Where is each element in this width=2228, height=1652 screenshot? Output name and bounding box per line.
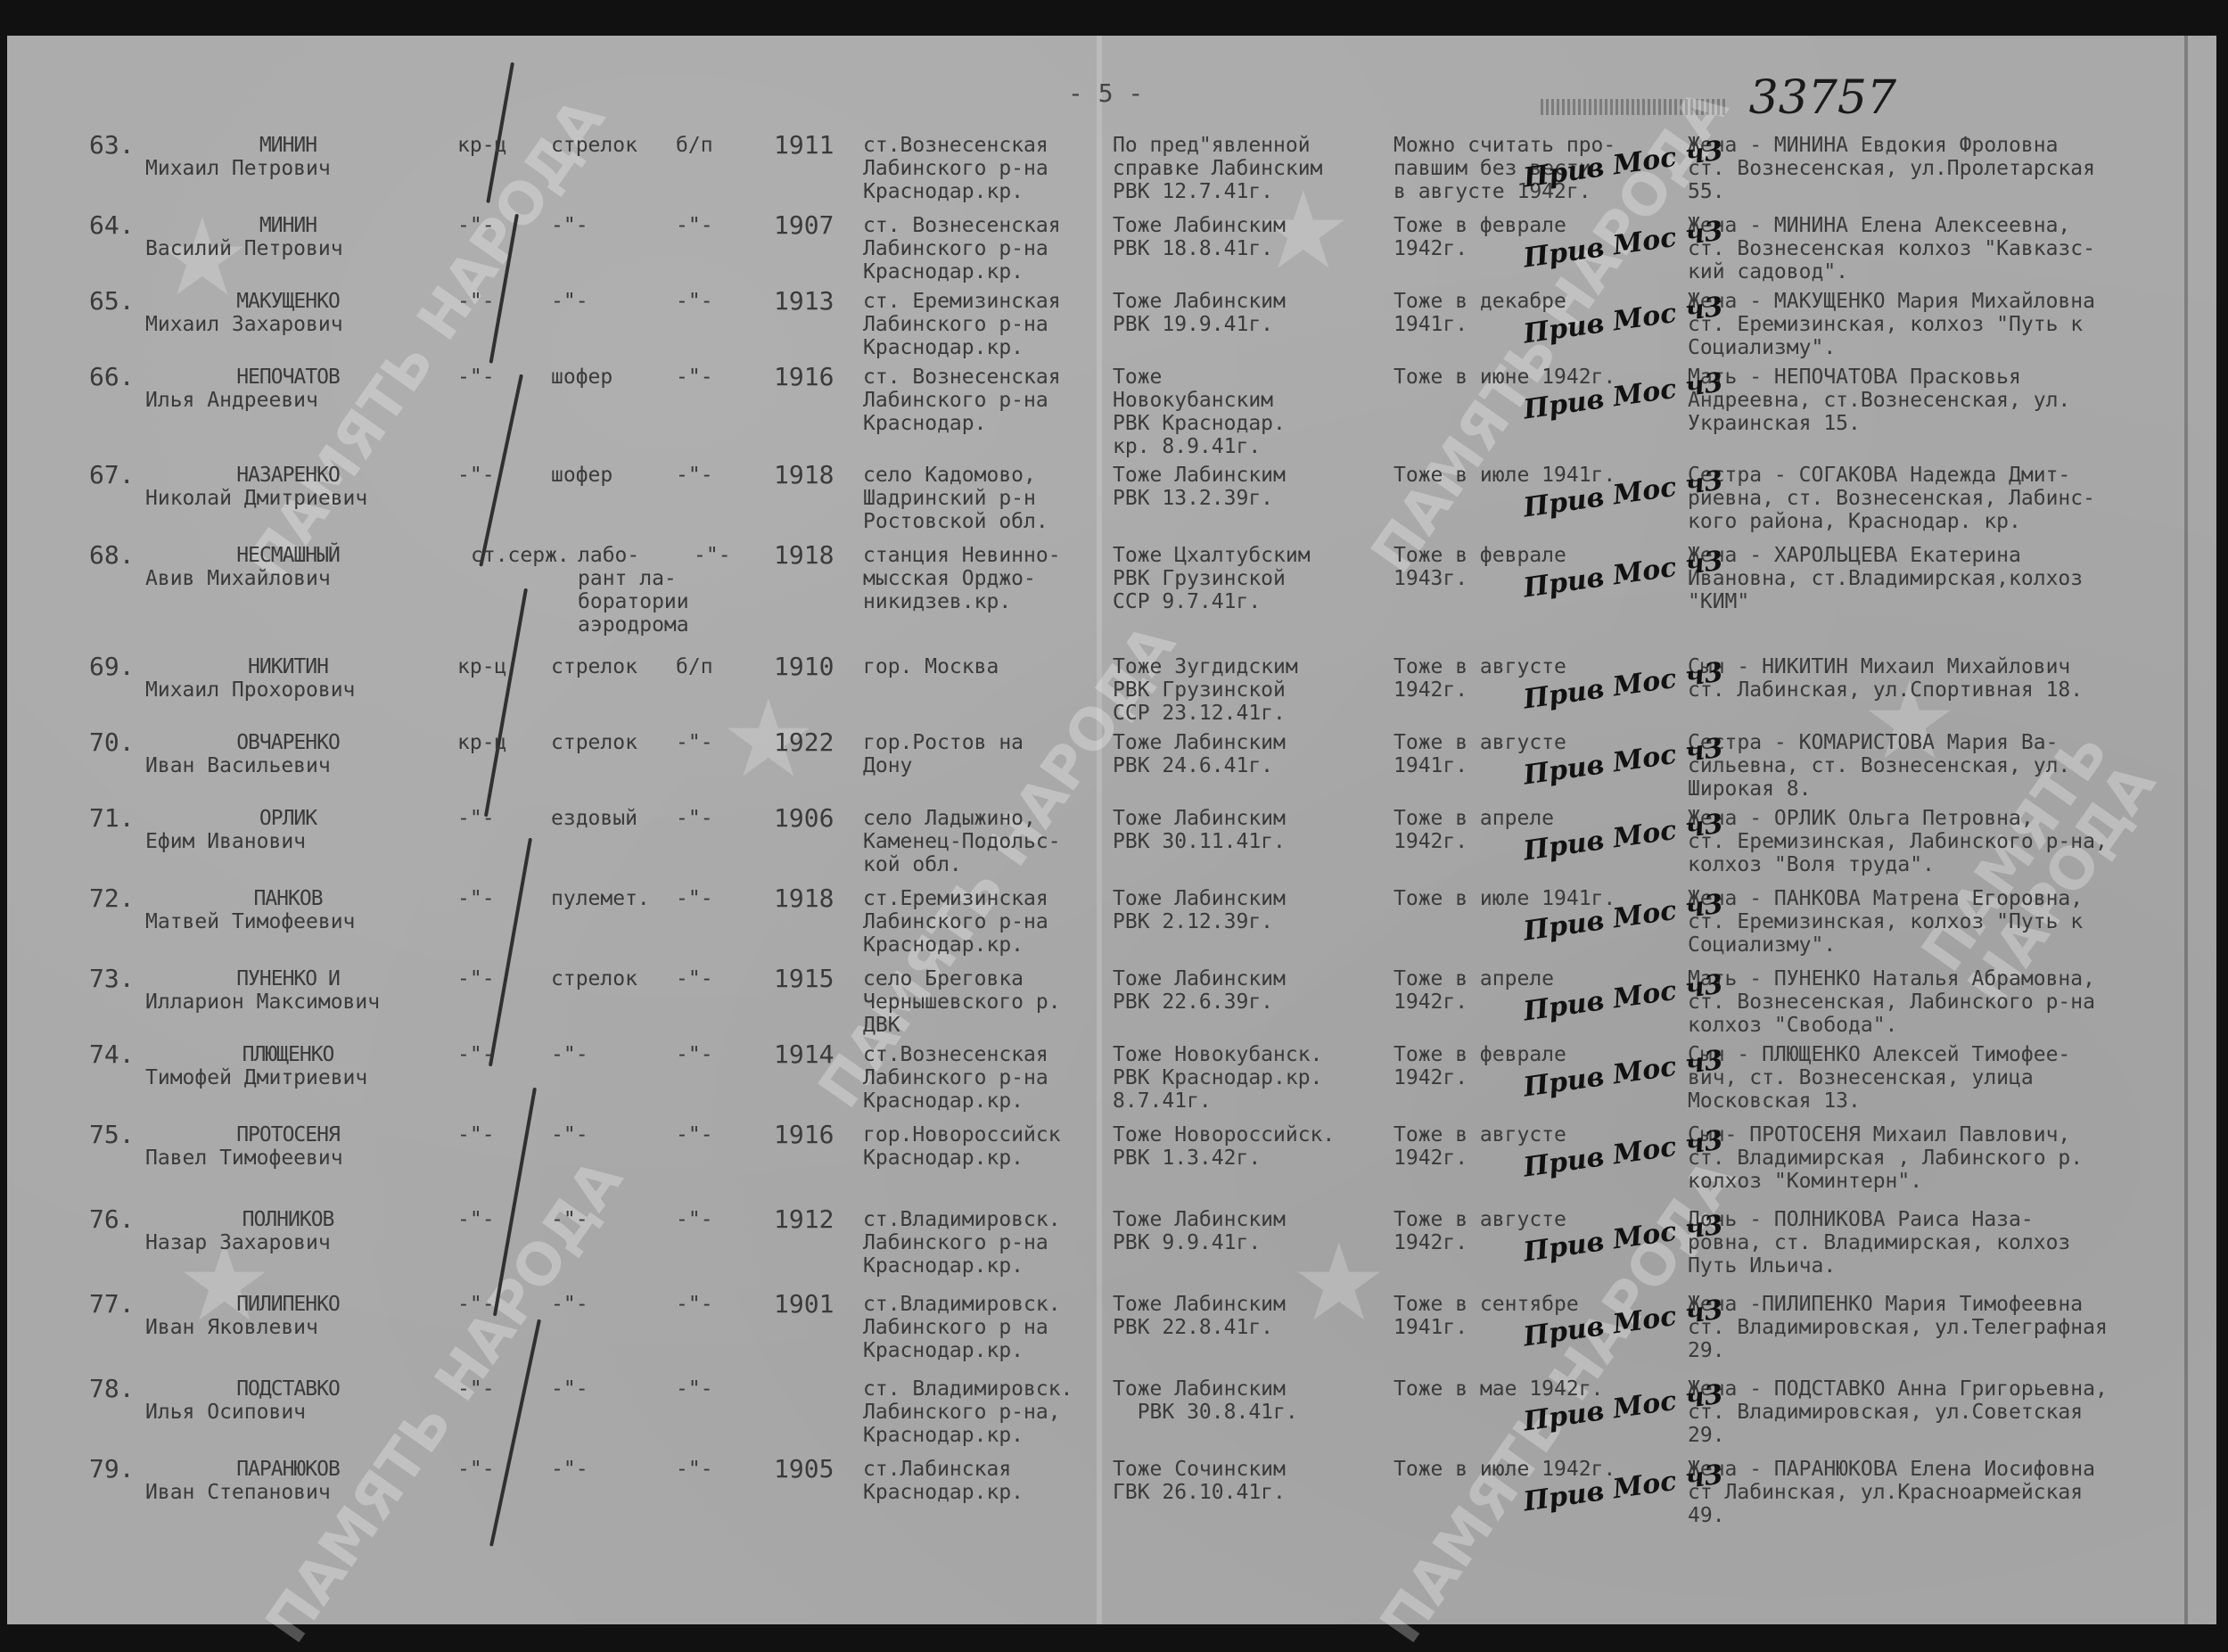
- given-name: Илья Осипович: [145, 1401, 306, 1424]
- draft-info: Тоже Новороссийск. РВК 1.3.42г.: [1113, 1123, 1335, 1170]
- draft-info: Тоже Лабинским РВК 30.8.41г.: [1113, 1377, 1298, 1424]
- given-name: Михаил Петрович: [145, 157, 331, 180]
- birthplace: ст. Владимировск. Лабинского р-на, Красн…: [863, 1377, 1073, 1447]
- birth-year: 1911: [774, 134, 834, 157]
- row-number: 75.: [89, 1123, 135, 1147]
- birthplace: село Бреговка Чернышевского р. ДВК: [863, 967, 1061, 1037]
- surname: НИКИТИН: [185, 655, 391, 678]
- birthplace: село Кадомово, Шадринский р-н Ростовской…: [863, 464, 1048, 533]
- missing-info: Тоже в мае 1942г.: [1394, 1377, 1603, 1401]
- next-of-kin: Сын- ПРОТОСЕНЯ Михаил Павлович, ст. Влад…: [1688, 1123, 2083, 1193]
- position: стрелок: [551, 731, 637, 754]
- birthplace: ст.Вознесенская Лабинского р-на Краснода…: [863, 1043, 1048, 1113]
- birth-year: 1922: [774, 731, 834, 754]
- next-of-kin: Мать - НЕПОЧАТОВА Прасковья Андреевна, с…: [1688, 366, 2070, 435]
- party: -"-: [676, 967, 713, 990]
- party: -"-: [676, 731, 713, 754]
- position: шофер: [551, 366, 612, 389]
- draft-info: Тоже Сочинским ГВК 26.10.41г.: [1113, 1458, 1286, 1504]
- surname: ПОДСТАВКО: [185, 1377, 391, 1401]
- draft-info: Тоже Лабинским РВК 9.9.41г.: [1113, 1208, 1286, 1254]
- position: -"-: [551, 1043, 588, 1066]
- page-fold: [1097, 36, 1102, 1624]
- given-name: Илья Андреевич: [145, 389, 318, 412]
- party: -"-: [676, 464, 713, 487]
- row-number: 66.: [89, 366, 135, 389]
- position: -"-: [551, 290, 588, 313]
- rank: -"-: [457, 214, 495, 237]
- surname: НАЗАРЕНКО: [185, 464, 391, 487]
- given-name: Михаил Захарович: [145, 313, 343, 336]
- given-name: Иван Васильевич: [145, 754, 331, 777]
- birth-year: 1905: [774, 1458, 834, 1481]
- row-number: 70.: [89, 731, 135, 754]
- birthplace: гор. Москва: [863, 655, 999, 678]
- next-of-kin: Жена - МИНИНА Евдокия Фроловна ст. Возне…: [1688, 134, 2095, 203]
- party: -"-: [676, 214, 713, 237]
- rank: -"-: [457, 1043, 495, 1066]
- rank: ст.серж.: [471, 544, 570, 567]
- draft-info: Тоже Лабинским РВК 2.12.39г.: [1113, 887, 1286, 933]
- surname: ОРЛИК: [185, 807, 391, 830]
- party: -"-: [676, 1293, 713, 1316]
- birth-year: 1910: [774, 655, 834, 678]
- missing-info: Тоже в июле 1941г.: [1394, 464, 1616, 487]
- party: -"-: [676, 887, 713, 910]
- next-of-kin: Жена - ПОДСТАВКО Анна Григорьевна, ст. В…: [1688, 1377, 2108, 1447]
- row-number: 77.: [89, 1293, 135, 1316]
- given-name: Павел Тимофеевич: [145, 1147, 343, 1170]
- rank: кр-ц: [457, 134, 506, 157]
- given-name: Илларион Максимович: [145, 990, 380, 1014]
- birthplace: станция Невинно- мысская Орджо- никидзев…: [863, 544, 1061, 613]
- draft-info: Тоже Зугдидским РВК Грузинской ССР 23.12…: [1113, 655, 1298, 725]
- birth-year: 1901: [774, 1293, 834, 1316]
- next-of-kin: Жена -ПИЛИПЕНКО Мария Тимофеевна ст. Вла…: [1688, 1293, 2108, 1362]
- party: -"-: [676, 290, 713, 313]
- birthplace: гор.Ростов на Дону: [863, 731, 1024, 777]
- party: -"-: [676, 1377, 713, 1401]
- party: -"-: [694, 544, 731, 567]
- draft-info: Тоже Цхалтубским РВК Грузинской ССР 9.7.…: [1113, 544, 1311, 613]
- surname: НЕСМАШНЫЙ: [185, 544, 391, 567]
- birthplace: гор.Новороссийск Краснодар.кр.: [863, 1123, 1061, 1170]
- rank: -"-: [457, 807, 495, 830]
- rank: -"-: [457, 1123, 495, 1147]
- birth-year: 1914: [774, 1043, 834, 1066]
- birth-year: 1916: [774, 1123, 834, 1147]
- birth-year: 1907: [774, 214, 834, 237]
- surname: ПАРАНЮКОВ: [185, 1458, 391, 1481]
- surname: МИНИН: [185, 214, 391, 237]
- next-of-kin: Жена - МИНИНА Елена Алексеевна, ст. Возн…: [1688, 214, 2095, 284]
- birth-year: 1918: [774, 544, 834, 567]
- row-number: 74.: [89, 1043, 135, 1066]
- row-number: 67.: [89, 464, 135, 487]
- birthplace: ст. Еремизинская Лабинского р-на Краснод…: [863, 290, 1061, 359]
- draft-info: Тоже Лабинским РВК 30.11.41г.: [1113, 807, 1286, 853]
- position: стрелок: [551, 134, 637, 157]
- next-of-kin: Жена - МАКУЩЕНКО Мария Михайловна ст. Ер…: [1688, 290, 2095, 359]
- surname: ПУНЕНКО И: [185, 967, 391, 990]
- party: -"-: [676, 366, 713, 389]
- page-edge: [2184, 36, 2188, 1624]
- draft-info: Тоже Лабинским РВК 22.6.39г.: [1113, 967, 1286, 1014]
- party: -"-: [676, 1458, 713, 1481]
- rank: -"-: [457, 464, 495, 487]
- next-of-kin: Мать - ПУНЕНКО Наталья Абрамовна, ст. Во…: [1688, 967, 2095, 1037]
- position: ездовый: [551, 807, 637, 830]
- party: б/п: [676, 655, 713, 678]
- given-name: Василий Петрович: [145, 237, 343, 260]
- given-name: Тимофей Дмитриевич: [145, 1066, 367, 1089]
- surname: МАКУЩЕНКО: [185, 290, 391, 313]
- birth-year: 1913: [774, 290, 834, 313]
- birthplace: ст.Еремизинская Лабинского р-на Краснода…: [863, 887, 1048, 957]
- draft-info: По пред"явленной справке Лабинским РВК 1…: [1113, 134, 1322, 203]
- rank: -"-: [457, 1377, 495, 1401]
- birthplace: ст.Вознесенская Лабинского р-на Краснода…: [863, 134, 1048, 203]
- given-name: Матвей Тимофеевич: [145, 910, 355, 933]
- birth-year: 1918: [774, 887, 834, 910]
- given-name: Иван Яковлевич: [145, 1316, 318, 1339]
- watermark-star-icon: ★: [1291, 1221, 1387, 1345]
- draft-info: Тоже Лабинским РВК 22.8.41г.: [1113, 1293, 1286, 1339]
- given-name: Ефим Иванович: [145, 830, 306, 853]
- birth-year: 1916: [774, 366, 834, 389]
- birthplace: ст. Вознесенская Лабинского р-на Краснод…: [863, 214, 1061, 284]
- rank: кр-ц: [457, 655, 506, 678]
- next-of-kin: Сын - НИКИТИН Михаил Михайлович ст. Лаби…: [1688, 655, 2083, 702]
- birthplace: село Ладыжино, Каменец-Подольс- кой обл.: [863, 807, 1061, 876]
- surname: ПОЛНИКОВ: [185, 1208, 391, 1231]
- party: -"-: [676, 807, 713, 830]
- draft-info: Тоже Лабинским РВК 18.8.41г.: [1113, 214, 1286, 260]
- position: -"-: [551, 1458, 588, 1481]
- missing-info: Тоже в июне 1942г.: [1394, 366, 1616, 389]
- position: -"-: [551, 1377, 588, 1401]
- rank: -"-: [457, 1293, 495, 1316]
- position: стрелок: [551, 967, 637, 990]
- position: -"-: [551, 214, 588, 237]
- next-of-kin: Сестра - КОМАРИСТОВА Мария Ва- сильевна,…: [1688, 731, 2070, 801]
- row-number: 69.: [89, 655, 135, 678]
- given-name: Авив Михайлович: [145, 567, 331, 590]
- row-number: 73.: [89, 967, 135, 990]
- given-name: Назар Захарович: [145, 1231, 331, 1254]
- position: -"-: [551, 1123, 588, 1147]
- rank: -"-: [457, 366, 495, 389]
- party: -"-: [676, 1043, 713, 1066]
- birth-year: 1906: [774, 807, 834, 830]
- position: пулемет.: [551, 887, 650, 910]
- given-name: Иван Степанович: [145, 1481, 331, 1504]
- party: б/п: [676, 134, 713, 157]
- rank: -"-: [457, 290, 495, 313]
- surname: ОВЧАРЕНКО: [185, 731, 391, 754]
- draft-info: Тоже Лабинским РВК 24.6.41г.: [1113, 731, 1286, 777]
- checkmark-icon: [489, 838, 532, 1067]
- document-page: - 5 - 33757 ★ ПАМЯТЬ НАРОДА ★ ПАМЯТЬ НАР…: [7, 36, 2216, 1624]
- birthplace: ст.Лабинская Краснодар.кр.: [863, 1458, 1024, 1504]
- party: -"-: [676, 1208, 713, 1231]
- surname: МИНИН: [185, 134, 391, 157]
- birth-year: 1918: [774, 464, 834, 487]
- draft-info: Тоже Лабинским РВК 13.2.39г.: [1113, 464, 1286, 510]
- next-of-kin: Жена - ХАРОЛЬЦЕВА Екатерина Ивановна, ст…: [1688, 544, 2083, 613]
- surname: ПАНКОВ: [185, 887, 391, 910]
- next-of-kin: Жена - ОРЛИК Ольга Петровна, ст. Еремизи…: [1688, 807, 2108, 876]
- given-name: Николай Дмитриевич: [145, 487, 367, 510]
- next-of-kin: Сестра - СОГАКОВА Надежда Дмит- риевна, …: [1688, 464, 2095, 533]
- next-of-kin: Жена - ПАНКОВА Матрена Егоровна, ст. Ере…: [1688, 887, 2083, 957]
- position: стрелок: [551, 655, 637, 678]
- given-name: Михаил Прохорович: [145, 678, 355, 702]
- row-number: 78.: [89, 1377, 135, 1401]
- surname: ПРОТОСЕНЯ: [185, 1123, 391, 1147]
- surname: ПЛЮЩЕНКО: [185, 1043, 391, 1066]
- rank: кр-ц: [457, 731, 506, 754]
- position: лабо- рант ла- боратории аэродрома: [578, 544, 689, 637]
- draft-info: Тоже Новокубанским РВК Краснодар. кр. 8.…: [1113, 366, 1286, 458]
- rank: -"-: [457, 1208, 495, 1231]
- surname: ПИЛИПЕНКО: [185, 1293, 391, 1316]
- row-number: 63.: [89, 134, 135, 157]
- next-of-kin: Дочь - ПОЛНИКОВА Раиса Наза- ровна, ст. …: [1688, 1208, 2070, 1278]
- next-of-kin: Жена - ПАРАНЮКОВА Елена Иосифовна ст Лаб…: [1688, 1458, 2095, 1527]
- row-number: 64.: [89, 214, 135, 237]
- position: -"-: [551, 1293, 588, 1316]
- checkmark-icon: [484, 588, 528, 818]
- row-number: 76.: [89, 1208, 135, 1231]
- birthplace: ст. Вознесенская Лабинского р-на Краснод…: [863, 366, 1061, 435]
- birth-year: 1912: [774, 1208, 834, 1231]
- position: -"-: [551, 1208, 588, 1231]
- birthplace: ст.Владимировск. Лабинского р на Краснод…: [863, 1293, 1061, 1362]
- missing-info: Тоже в июле 1942г.: [1394, 1458, 1616, 1481]
- next-of-kin: Сын - ПЛЮЩЕНКО Алексей Тимофее- вич, ст.…: [1688, 1043, 2070, 1113]
- row-number: 79.: [89, 1458, 135, 1481]
- rank: -"-: [457, 887, 495, 910]
- row-number: 72.: [89, 887, 135, 910]
- birthplace: ст.Владимировск. Лабинского р-на Краснод…: [863, 1208, 1061, 1278]
- position: шофер: [551, 464, 612, 487]
- birth-year: 1915: [774, 967, 834, 990]
- page-number: - 5 -: [1068, 78, 1143, 108]
- row-number: 68.: [89, 544, 135, 567]
- draft-info: Тоже Лабинским РВК 19.9.41г.: [1113, 290, 1286, 336]
- row-number: 71.: [89, 807, 135, 830]
- rank: -"-: [457, 967, 495, 990]
- rank: -"-: [457, 1458, 495, 1481]
- draft-info: Тоже Новокубанск. РВК Краснодар.кр. 8.7.…: [1113, 1043, 1322, 1113]
- handwritten-archive-number: 33757: [1749, 71, 1896, 125]
- missing-info: Тоже в июле 1941г.: [1394, 887, 1616, 910]
- party: -"-: [676, 1123, 713, 1147]
- surname: НЕПОЧАТОВ: [185, 366, 391, 389]
- row-number: 65.: [89, 290, 135, 313]
